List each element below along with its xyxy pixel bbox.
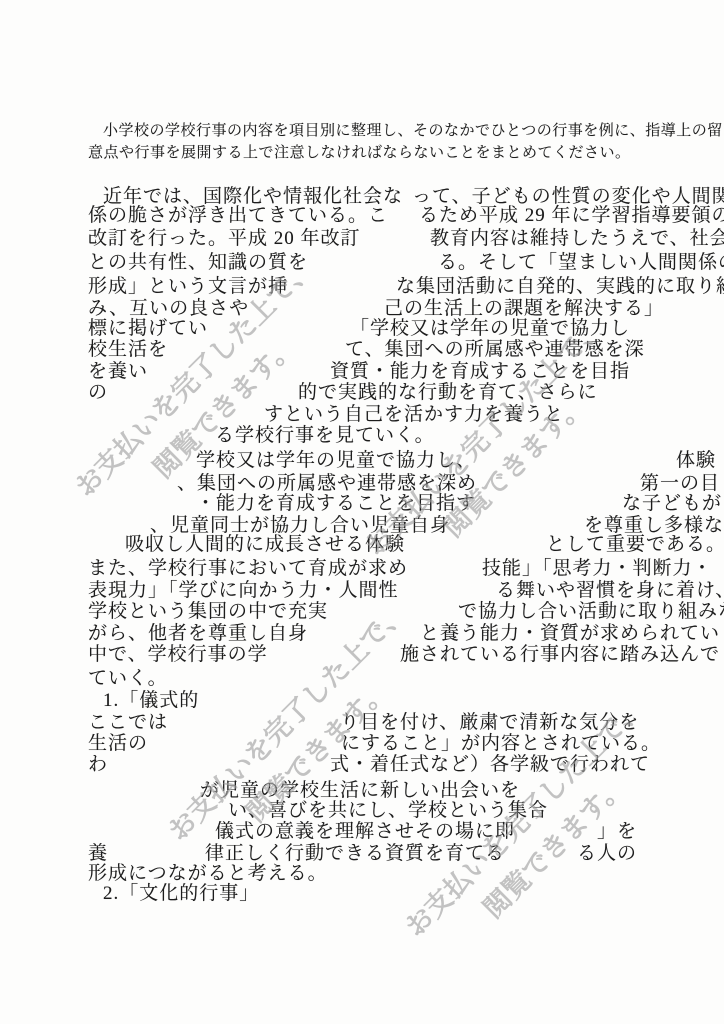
text-fragment: で協力し合い活動に取り組みな [458, 602, 724, 621]
text-fragment: との共有性、知識の質を [88, 253, 308, 272]
text-fragment: な集団活動に自発的、実践的に取り組 [396, 277, 724, 296]
text-fragment: として重要である。 [546, 535, 724, 554]
text-fragment: 吸収し人間的に成長させる体験 [125, 535, 405, 554]
text-fragment: 式・着任式など）各学級で行われて [330, 755, 650, 774]
text-fragment: と養う能力・資質が求められていく [420, 624, 724, 643]
text-fragment: る。そして「望ましい人間関係の [438, 253, 724, 272]
text-fragment: また、学校行事において育成が求め [88, 559, 408, 578]
text-fragment: がら、他者を尊重し自身 [88, 624, 308, 643]
text-fragment: を養い [88, 362, 148, 381]
text-fragment: 、児童同士が協力し合い児童自身 [150, 516, 450, 535]
text-fragment: 近年では、国際化や情報化社会な [103, 187, 403, 206]
text-fragment: 中で、学校行事の学 [88, 645, 268, 664]
text-fragment: 1.「儀式的 [103, 691, 199, 710]
text-fragment: 第一の目 [640, 474, 720, 493]
text-fragment: 表現力」「学びに向かう力・人間性 [88, 581, 399, 600]
text-fragment: る人の [577, 844, 637, 863]
text-fragment: 小学校の学校行事の内容を項目別に整理し、そのなかでひとつの行事を例に、指導上の留 [103, 124, 723, 139]
document-page: 小学校の学校行事の内容を項目別に整理し、そのなかでひとつの行事を例に、指導上の留… [0, 0, 724, 1024]
text-fragment: 施されている行事内容に踏み込んで [400, 645, 720, 664]
text-fragment: 教育内容は維持したうえで、社会 [430, 229, 724, 248]
text-fragment: ここでは [88, 713, 168, 732]
text-fragment: 体験 [676, 451, 716, 470]
text-fragment: 意点や行事を展開する上で注意しなければならないことをまとめてください。 [88, 146, 631, 161]
text-fragment: 技能」「思考力・判断力・ [482, 559, 713, 578]
text-fragment: て、集団への所属感や連帯感を深 [345, 340, 645, 359]
text-fragment: ・能力を育成することを目指す [196, 494, 476, 513]
text-fragment: 生活の [88, 734, 148, 753]
text-fragment: 形成につながると考える。 [88, 864, 328, 883]
text-fragment: 「学校又は学年の児童で協力し [350, 319, 630, 338]
text-fragment: 、集団への所属感や連帯感を深め [177, 474, 477, 493]
text-fragment: を尊重し多様な [584, 516, 724, 535]
text-fragment: 学校という集団の中で充実 [88, 602, 328, 621]
text-fragment: 係の脆さが浮き出てきている。こ [88, 206, 388, 225]
text-fragment: にすること」が内容とされている。 [341, 734, 661, 753]
text-fragment: すという自己を活かす力を養うと [264, 405, 564, 424]
text-fragment: 養 [88, 844, 108, 863]
text-fragment: 的で実践的な行動を育て、さらに [298, 383, 598, 402]
text-fragment: い、喜びを共にし、学校という集合 [228, 801, 548, 820]
text-fragment: る舞いや習慣を身に着け、 [496, 581, 724, 600]
text-fragment: 学校又は学年の児童で協力し、 [196, 451, 476, 470]
text-fragment: 」を [597, 822, 637, 841]
text-fragment: 標に掲げてい [88, 319, 208, 338]
text-fragment: 改訂を行った。平成 20 年改訂 [88, 229, 361, 248]
text-fragment: み、互いの良さや [88, 299, 249, 318]
text-fragment: 資質・能力を育成することを目指 [330, 362, 630, 381]
text-fragment: 己の生活上の課題を解決する」 [384, 299, 664, 318]
text-fragment: わ [88, 755, 108, 774]
text-fragment: 校生活を [88, 340, 168, 359]
text-fragment: る学校行事を見ていく。 [215, 426, 435, 445]
text-fragment: 2.「文化的行事」 [103, 884, 259, 903]
text-fragment: の [88, 383, 108, 402]
text-fragment: 形成」という文言が挿 [88, 277, 288, 296]
text-fragment: ていく。 [88, 669, 168, 688]
text-fragment: って、子どもの性質の変化や人間関 [412, 187, 724, 206]
text-fragment: 律正しく行動できる資質を育てる [205, 844, 505, 863]
text-fragment: が児童の学校生活に新しい出会いを [200, 781, 520, 800]
text-fragment: り目を付け、厳粛で清新な気分を [340, 713, 639, 732]
text-fragment: るため平成 29 年に学習指導要領の [419, 206, 724, 225]
text-fragment: 儀式の意義を理解させその場に即 [215, 822, 515, 841]
text-fragment: な子どもが [622, 494, 722, 513]
